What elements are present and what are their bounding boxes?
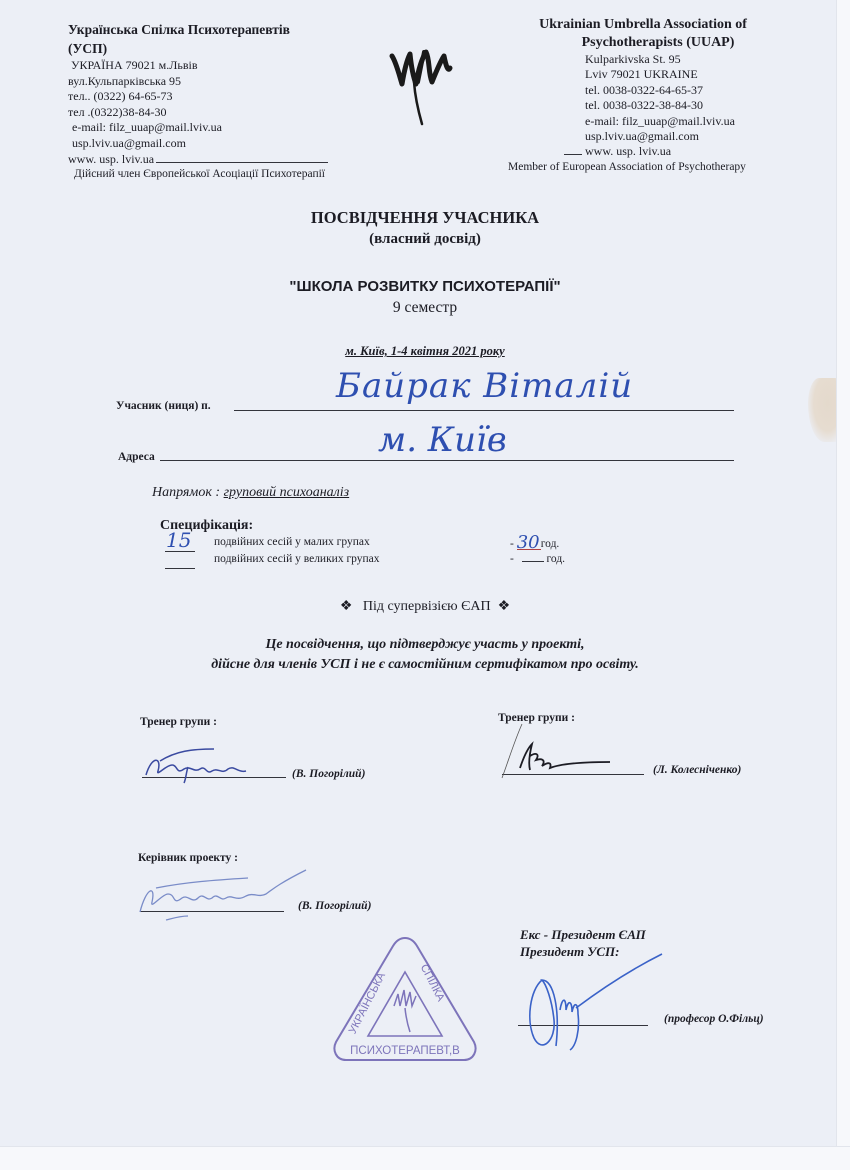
semester: 9 семестр — [0, 299, 850, 317]
organization-stamp: УКРАЇНСЬКА СПІЛКА ПСИХОТЕРАПЕВТ,В — [330, 932, 480, 1068]
place-date: м. Київ, 1-4 квітня 2021 року — [0, 344, 850, 359]
large-group-hours: - год. — [510, 553, 565, 565]
email-line: e-mail: filz_uuap@mail.lviv.ua — [508, 114, 778, 129]
trainer-left-label: Тренер групи : — [140, 716, 217, 728]
notice-line-1: Це посвідчення, що підтверджує участь у … — [0, 637, 850, 653]
phone-line: тел.. (0322) 64-65-73 — [68, 89, 328, 105]
direction-value: груповий психоаналіз — [224, 485, 350, 500]
email-line: e-mail: filz_uuap@mail.lviv.ua — [68, 120, 328, 136]
address-line: УКРАЇНА 79021 м.Львів — [68, 58, 328, 74]
divider — [564, 154, 582, 155]
org-name-ua: Українська Спілка Психотерапевтів — [68, 20, 328, 39]
address-line: вул.Кульпарківська 95 — [68, 74, 328, 90]
small-group-hours: - 30год. — [510, 536, 559, 550]
participant-name-handwritten: Байрак Віталій — [336, 366, 633, 406]
signature-president — [520, 950, 670, 1054]
signature-project-head — [136, 858, 316, 922]
scan-edge-right — [836, 0, 850, 1170]
phone-line: тел .(0322)38-84-30 — [68, 105, 328, 121]
stamp-text-right: СПІЛКА — [418, 962, 447, 1004]
president-title-1: Екс - Президент ЄАП — [520, 926, 646, 943]
stamp-text-bottom: ПСИХОТЕРАПЕВТ,В — [350, 1045, 460, 1057]
org-abbr-ua: (УСП) — [68, 39, 328, 58]
small-group-sessions: подвійних сесій у малих групах — [214, 536, 370, 548]
address-line: Lviv 79021 UKRAINE — [508, 67, 778, 82]
stamp-text-left: УКРАЇНСЬКА — [347, 970, 389, 1036]
count-underline — [165, 568, 195, 569]
large-group-sessions: подвійних сесій у великих групах — [214, 553, 380, 565]
trainer-left-name: (В. Погорілий) — [292, 768, 365, 780]
address-underline — [160, 460, 734, 461]
supervision-text: Під супервізією ЄАП — [363, 599, 491, 614]
direction-label: Напрямок : — [152, 485, 224, 500]
signature-trainer-left — [142, 745, 282, 785]
participant-label: Учасник (ниця) п. — [116, 400, 211, 412]
participant-underline — [234, 410, 734, 411]
phone-line: tel. 0038-0322-64-65-37 — [508, 83, 778, 98]
diamond-bullet-icon: ❖ — [498, 599, 511, 614]
diamond-bullet-icon: ❖ — [340, 599, 353, 614]
document-title: ПОСВІДЧЕННЯ УЧАСНИКА — [0, 208, 850, 228]
address-handwritten: м. Київ — [378, 420, 507, 460]
president-name: (професор О.Фільц) — [664, 1013, 764, 1025]
supervision-line: ❖ Під супервізією ЄАП ❖ — [0, 598, 850, 615]
document-subtitle: (власний досвід) — [0, 231, 850, 248]
membership-ua: Дійсний член Європейської Асоціації Псих… — [68, 167, 328, 183]
address-label: Адреса — [118, 451, 155, 463]
svg-text:СПІЛКА: СПІЛКА — [418, 962, 447, 1004]
usp-logo-icon — [388, 38, 458, 128]
direction: Напрямок : груповий психоаналіз — [152, 485, 349, 501]
scan-edge-bottom — [0, 1146, 850, 1170]
email-line: usp.lviv.ua@gmail.com — [508, 129, 778, 144]
header-left: Українська Спілка Психотерапевтів (УСП) … — [68, 20, 328, 183]
project-head-name: (В. Погорілий) — [298, 900, 371, 912]
website-line: www. usp. lviv.ua — [68, 152, 328, 168]
org-name-en-1: Ukrainian Umbrella Association of — [508, 16, 778, 34]
website-line: www. usp. lviv.ua — [508, 144, 778, 159]
org-name-en-2: Psychotherapists (UUAP) — [508, 34, 778, 52]
small-group-count-handwritten: 15 — [166, 528, 191, 552]
header-right: Ukrainian Umbrella Association of Psycho… — [508, 16, 778, 175]
trainer-right-name: (Л. Колесніченко) — [653, 764, 741, 776]
email-line: usp.lviv.ua@gmail.com — [68, 136, 328, 152]
signature-trainer-right — [500, 722, 650, 782]
notice-line-2: дійсне для членів УСП і не є самостійним… — [0, 657, 850, 673]
program-name: "ШКОЛА РОЗВИТКУ ПСИХОТЕРАПІЇ" — [0, 278, 850, 295]
membership-en: Member of European Association of Psycho… — [508, 160, 778, 175]
address-line: Kulparkivska St. 95 — [508, 52, 778, 67]
phone-line: tel. 0038-0322-38-84-30 — [508, 98, 778, 113]
svg-text:УКРАЇНСЬКА: УКРАЇНСЬКА — [347, 970, 389, 1036]
divider — [156, 162, 328, 163]
